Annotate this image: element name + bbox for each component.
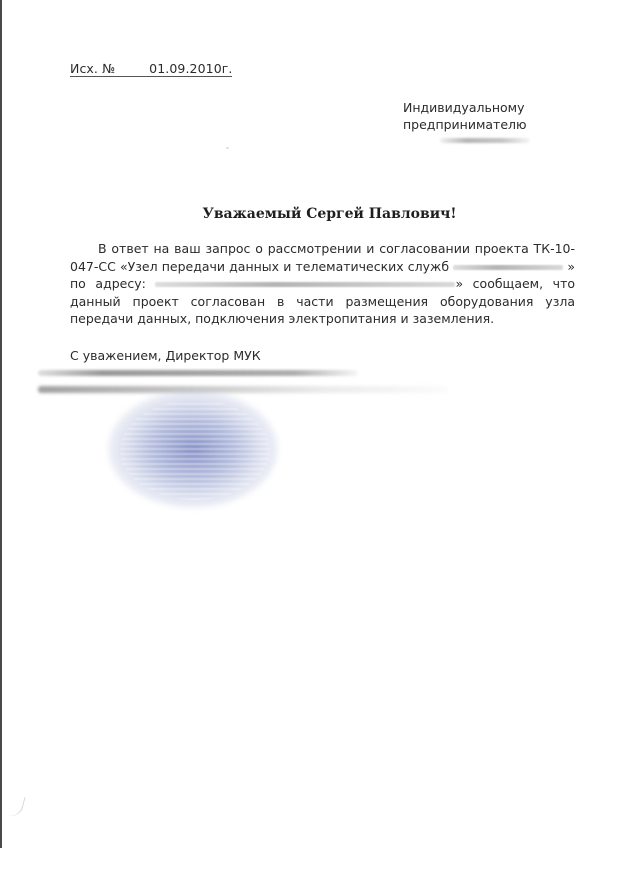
addressee-line-2: предпринимателю [403, 116, 527, 133]
body-line-3: по адресу: » сообщаем, что [70, 275, 575, 293]
stamp-blur-lines [120, 400, 270, 500]
closing: С уважением, Директор МУК [70, 348, 261, 363]
outgoing-reference: Исх. №01.09.2010г. [70, 61, 232, 77]
scan-mark [5, 793, 25, 818]
reference-label: Исх. № [70, 61, 115, 76]
body-line-2: 047-СС «Узел передачи данных и телематич… [70, 258, 575, 276]
reference-date: 01.09.2010г. [149, 61, 232, 76]
redacted-addressee-name [440, 138, 530, 143]
scan-speck [226, 147, 229, 149]
body-line-1: В ответ на ваш запрос о рассмотрении и с… [70, 240, 575, 258]
letter-page: Исх. №01.09.2010г. Индивидуальному предп… [0, 0, 619, 875]
body-line-5: передачи данных, подключения электропита… [70, 310, 575, 328]
redacted-director-name [38, 370, 358, 376]
letter-body: В ответ на ваш запрос о рассмотрении и с… [70, 240, 575, 328]
scan-edge-shadow [0, 0, 2, 848]
redacted-address [155, 282, 455, 287]
body-line-4: данный проект согласован в части размеще… [70, 293, 575, 311]
redacted-service-name [453, 265, 563, 270]
greeting: Уважаемый Сергей Павлович! [0, 206, 619, 222]
addressee-block: Индивидуальному предпринимателю [403, 99, 527, 133]
addressee-line-1: Индивидуальному [403, 99, 527, 116]
redacted-signature [38, 386, 448, 393]
